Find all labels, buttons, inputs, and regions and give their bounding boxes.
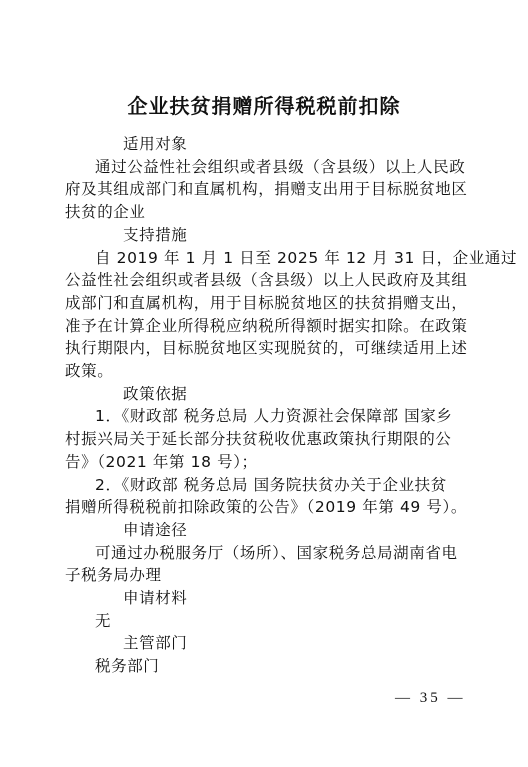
paragraph-line: 准予在计算企业所得税应纳税所得额时据实扣除。在政策 (65, 315, 470, 338)
paragraph-line: 可通过办税服务厅（场所）、国家税务总局湖南省电 (65, 542, 470, 565)
section-heading-competent-department: 主管部门 (65, 632, 470, 655)
document-body: 适用对象 通过公益性社会组织或者县级（含县级）以上人民政 府及其组成部门和直属机… (65, 133, 470, 678)
paragraph-line: 府及其组成部门和直属机构，捐赠支出用于目标脱贫地区 (65, 178, 470, 201)
paragraph-line: 成部门和直属机构，用于目标脱贫地区的扶贫捐赠支出， (65, 292, 470, 315)
paragraph-line: 捐赠所得税税前扣除政策的公告》（2019 年第 49 号）。 (65, 496, 470, 519)
page-number: — 35 — (395, 690, 466, 707)
paragraph-line: 子税务局办理 (65, 564, 470, 587)
document-title: 企业扶贫捐赠所得税税前扣除 (0, 90, 528, 119)
paragraph-line: 无 (65, 610, 470, 633)
paragraph-line: 扶贫的企业 (65, 201, 470, 224)
section-heading-support-measures: 支持措施 (65, 224, 470, 247)
paragraph-line: 政策。 (65, 360, 470, 383)
section-heading-applicable-target: 适用对象 (65, 133, 470, 156)
paragraph-line: 税务部门 (65, 655, 470, 678)
paragraph-line: 执行期限内，目标脱贫地区实现脱贫的，可继续适用上述 (65, 337, 470, 360)
paragraph-line: 1．《财政部 税务总局 人力资源社会保障部 国家乡 (65, 405, 470, 428)
paragraph-line: 告》（2021 年第 18 号）； (65, 451, 470, 474)
section-heading-application-materials: 申请材料 (65, 587, 470, 610)
section-heading-application-channel: 申请途径 (65, 519, 470, 542)
paragraph-line: 自 2019 年 1 月 1 日至 2025 年 12 月 31 日，企业通过 (65, 247, 470, 270)
paragraph-line: 公益性社会组织或者县级（含县级）以上人民政府及其组 (65, 269, 470, 292)
paragraph-line: 2．《财政部 税务总局 国务院扶贫办关于企业扶贫 (65, 474, 470, 497)
paragraph-line: 通过公益性社会组织或者县级（含县级）以上人民政 (65, 156, 470, 179)
section-heading-policy-basis: 政策依据 (65, 383, 470, 406)
paragraph-line: 村振兴局关于延长部分扶贫税收优惠政策执行期限的公 (65, 428, 470, 451)
